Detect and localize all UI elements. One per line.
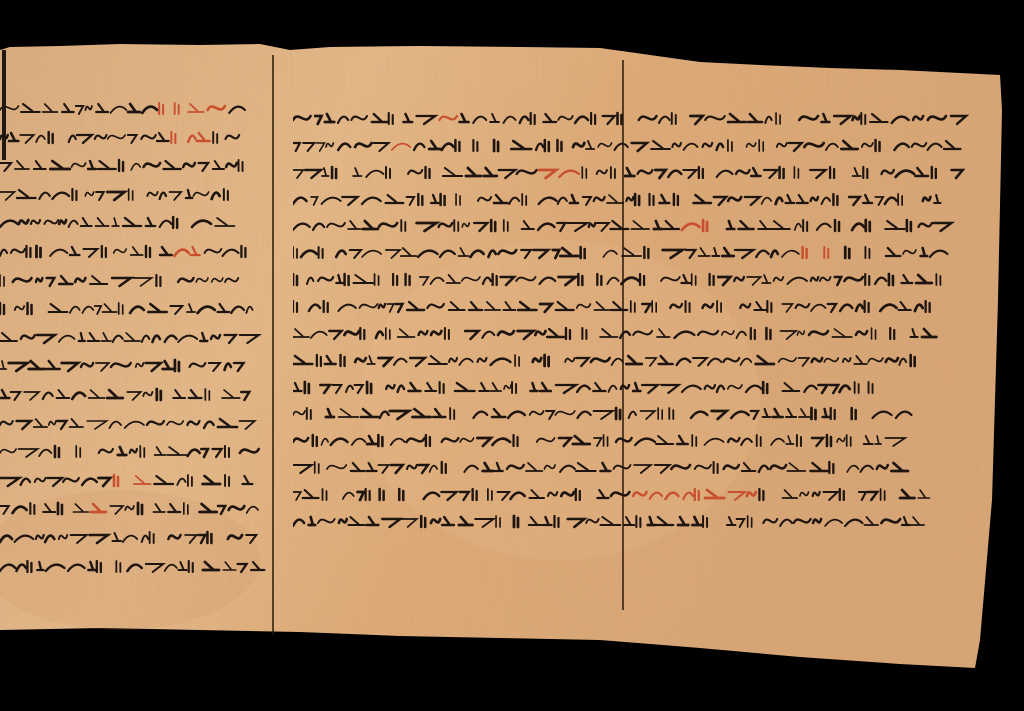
hieratic-text-line bbox=[293, 164, 973, 180]
hieratic-text-line bbox=[293, 298, 953, 314]
hieratic-text-line bbox=[293, 459, 928, 475]
hieratic-text-line bbox=[293, 271, 968, 287]
hieratic-text-line bbox=[0, 443, 265, 459]
hieratic-text-line bbox=[293, 217, 968, 233]
hieratic-text-line bbox=[0, 129, 260, 145]
hieratic-text-line bbox=[293, 486, 943, 502]
hieratic-text-line bbox=[293, 405, 933, 421]
hieratic-text-line bbox=[0, 415, 270, 431]
hieratic-text-line bbox=[293, 325, 948, 341]
hieratic-text-line bbox=[0, 558, 285, 574]
hieratic-text-line bbox=[0, 157, 265, 173]
hieratic-text-line bbox=[293, 432, 908, 448]
hieratic-text-line bbox=[293, 244, 968, 260]
hieratic-text-line bbox=[0, 243, 265, 259]
hieratic-text-line bbox=[0, 357, 265, 373]
hieratic-text-line bbox=[293, 379, 898, 395]
hieratic-text-line bbox=[0, 329, 270, 345]
hieratic-text-line bbox=[0, 386, 265, 402]
hieratic-text-line bbox=[0, 272, 260, 288]
hieratic-text-line bbox=[0, 214, 250, 230]
hieratic-text-line bbox=[0, 100, 260, 116]
hieratic-text-line bbox=[0, 472, 270, 488]
papyrus-fold-line bbox=[272, 55, 274, 635]
hieratic-text-line bbox=[293, 352, 933, 368]
hieratic-text-line bbox=[293, 513, 943, 529]
hieratic-text-line bbox=[0, 186, 265, 202]
hieratic-text-line bbox=[0, 300, 270, 316]
hieratic-text-line bbox=[0, 529, 270, 545]
hieratic-text-line bbox=[293, 110, 973, 126]
photo-scene bbox=[0, 0, 1024, 711]
hieratic-text-line bbox=[0, 500, 270, 516]
hieratic-text-line bbox=[293, 137, 973, 153]
hieratic-text-line bbox=[293, 191, 963, 207]
